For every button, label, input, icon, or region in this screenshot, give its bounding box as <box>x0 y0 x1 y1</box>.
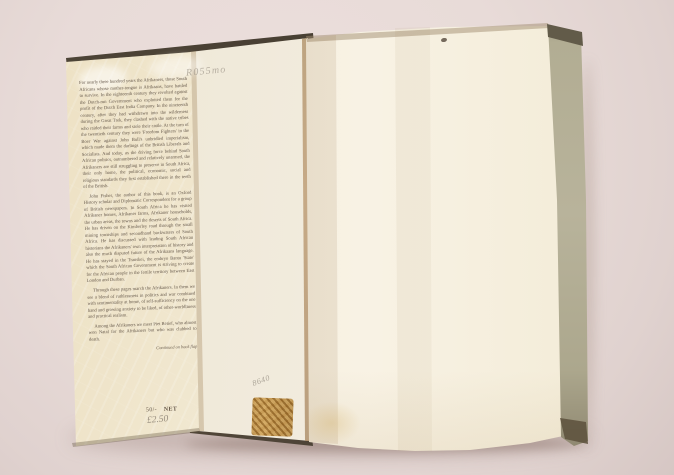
continued-on-back-flap-note: Continued on back flap <box>89 344 197 354</box>
price-net-label: NET <box>164 406 177 412</box>
flap-blurb-text: For nearly three hundred years the Afrik… <box>79 76 199 406</box>
flap-paragraph: Among the Afrikaners we meet Piet Retief… <box>88 319 197 343</box>
pale-stain <box>308 402 360 444</box>
open-book-photo: For nearly three hundred years the Afrik… <box>0 0 674 475</box>
pencil-price-annotation: £2.50 <box>147 414 169 426</box>
flap-paragraph: Through these pages march the Afrikaners… <box>87 284 196 321</box>
printed-price: 50/-NET <box>146 406 177 413</box>
flap-paragraph: John Fisher, the author of this book, is… <box>83 190 194 285</box>
tape-residue-stain <box>251 397 293 436</box>
flap-paragraph: For nearly three hundred years the Afrik… <box>79 76 191 191</box>
price-shillings: 50/- <box>146 407 157 413</box>
